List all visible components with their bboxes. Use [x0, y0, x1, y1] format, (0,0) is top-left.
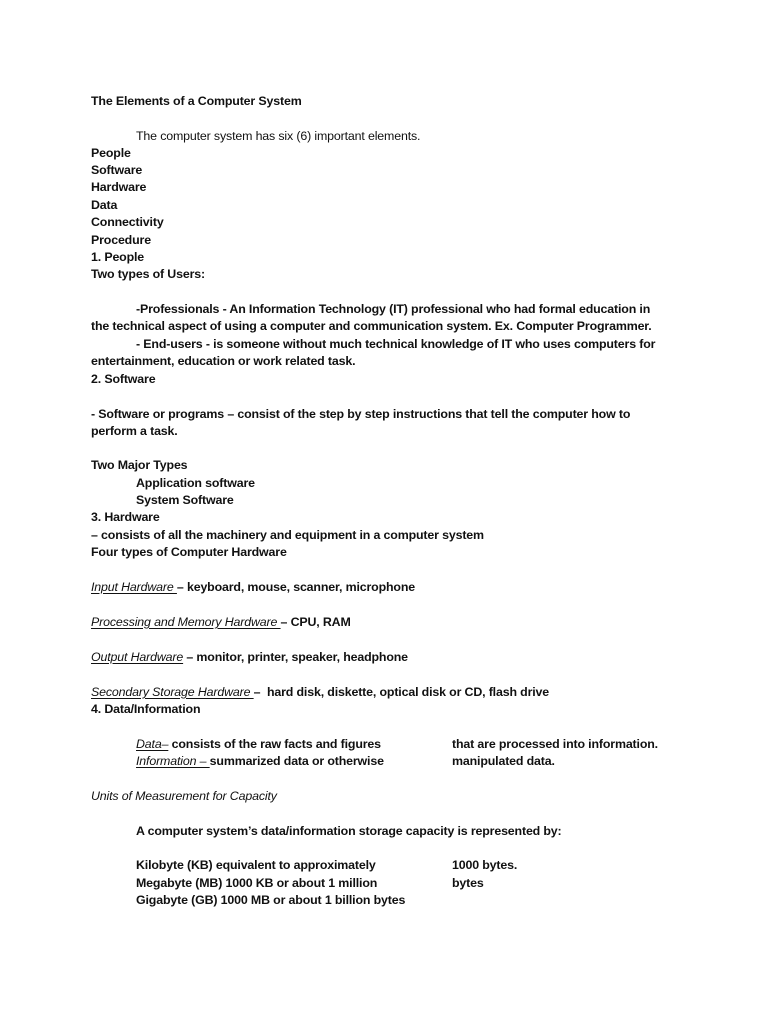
unit-term: Megabyte (MB) [136, 876, 222, 890]
element-list-item: Software [91, 162, 142, 179]
hardware-type-term: Secondary Storage Hardware [91, 685, 254, 699]
element-list-item: Procedure [91, 232, 151, 249]
element-list-item: Data [91, 197, 117, 214]
hardware-type-term: Input Hardware [91, 580, 177, 594]
element-list-item: Connectivity [91, 214, 164, 231]
document-page: The Elements of a Computer System The co… [0, 0, 768, 1024]
data-row: Information – summarized data or otherwi… [136, 753, 384, 770]
hardware-type-row: Output Hardware – monitor, printer, spea… [91, 649, 408, 666]
hardware-type-term: Processing and Memory Hardware [91, 615, 281, 629]
data-row: Data– consists of the raw facts and figu… [136, 736, 381, 753]
data-desc: consists of the raw facts and figures [168, 737, 381, 751]
hardware-type-desc: – hard disk, diskette, optical disk or C… [254, 685, 549, 699]
element-list-item: People [91, 145, 131, 162]
end-users-term: End-users [143, 337, 202, 351]
professionals-term: Professionals [140, 302, 219, 316]
unit-continuation: bytes [452, 875, 484, 892]
unit-row: Kilobyte (KB) equivalent to approximatel… [136, 857, 376, 874]
data-continuation: manipulated data. [452, 753, 555, 770]
unit-term: Kilobyte (KB) [136, 858, 213, 872]
hardware-type-row: Processing and Memory Hardware – CPU, RA… [91, 614, 351, 631]
data-desc: summarized data or otherwise [210, 754, 384, 768]
software-type-item: Application software [136, 475, 255, 492]
section-heading-software: 2. Software [91, 371, 155, 388]
hardware-types-label: Four types of Computer Hardware [91, 544, 287, 561]
section-heading-data: 4. Data/Information [91, 701, 200, 718]
end-users-paragraph: - End-users - is someone without much te… [91, 336, 671, 370]
data-term: Data– [136, 737, 168, 751]
users-subheading: Two types of Users: [91, 266, 205, 283]
unit-desc: 1000 KB or about 1 million [222, 876, 377, 890]
software-types-label: Two Major Types [91, 457, 187, 474]
unit-continuation: 1000 bytes. [452, 857, 517, 874]
professionals-paragraph: -Professionals - An Information Technolo… [91, 301, 671, 335]
hardware-definition: – consists of all the machinery and equi… [91, 527, 484, 544]
unit-row: Megabyte (MB) 1000 KB or about 1 million [136, 875, 377, 892]
document-title: The Elements of a Computer System [91, 93, 302, 110]
hardware-type-term: Output Hardware [91, 650, 183, 664]
unit-row: Gigabyte (GB) 1000 MB or about 1 billion… [136, 892, 405, 909]
hardware-type-row: Secondary Storage Hardware – hard disk, … [91, 684, 549, 701]
units-intro: A computer system’s data/information sto… [136, 823, 562, 840]
data-continuation: that are processed into information. [452, 736, 658, 753]
unit-desc: equivalent to approximately [213, 858, 376, 872]
hardware-type-desc: – CPU, RAM [281, 615, 351, 629]
software-definition: - Software or programs – consist of the … [91, 406, 671, 440]
hardware-type-desc: – monitor, printer, speaker, headphone [183, 650, 408, 664]
element-list-item: Hardware [91, 179, 146, 196]
data-term: Information – [136, 754, 210, 768]
software-type-item: System Software [136, 492, 234, 509]
section-heading-people: 1. People [91, 249, 144, 266]
units-heading: Units of Measurement for Capacity [91, 788, 277, 805]
hardware-type-row: Input Hardware – keyboard, mouse, scanne… [91, 579, 415, 596]
section-heading-hardware: 3. Hardware [91, 509, 160, 526]
intro-text: The computer system has six (6) importan… [136, 128, 420, 145]
unit-term: Gigabyte (GB) [136, 893, 217, 907]
hardware-type-desc: – keyboard, mouse, scanner, microphone [177, 580, 415, 594]
unit-desc: 1000 MB or about 1 billion bytes [217, 893, 405, 907]
